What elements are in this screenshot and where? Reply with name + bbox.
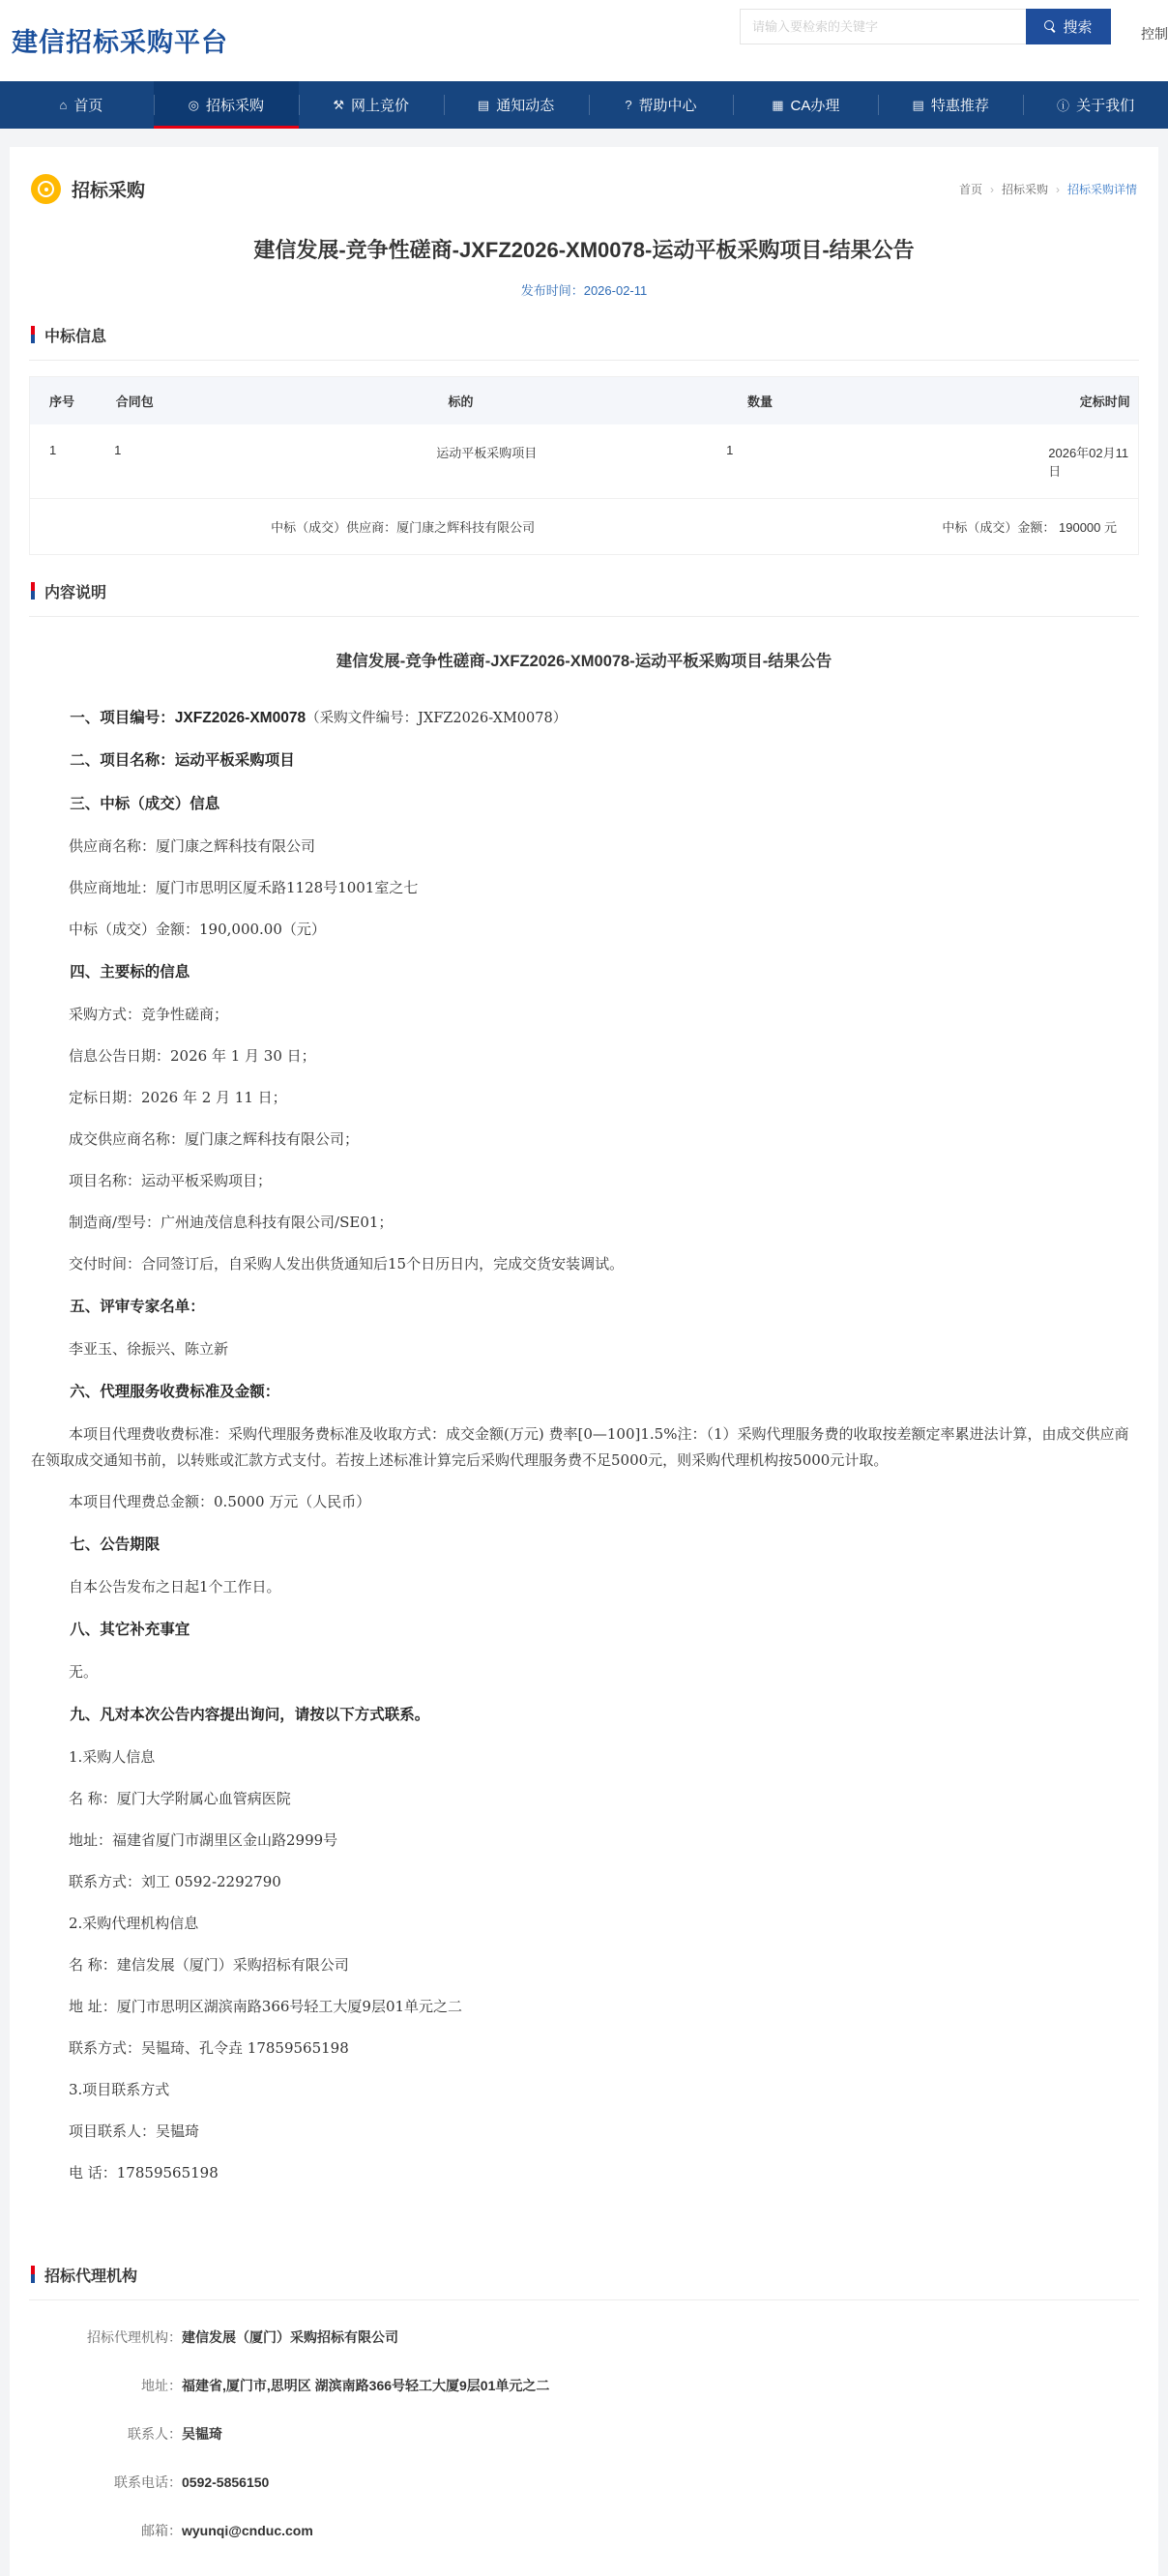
paragraph-text: 2.采购代理机构信息 [69, 1915, 198, 1932]
article-paragraph: 交付时间：合同签订后，自采购人发出供货通知后15个日历日内，完成交货安装调试。 [31, 1251, 1137, 1277]
article-paragraph: 制造商/型号：广州迪茂信息科技有限公司/SE01； [31, 1210, 1137, 1236]
paragraph-text: 地址：福建省厦门市湖里区金山路2999号 [69, 1831, 337, 1849]
paragraph-text: 中标（成交）金额：190,000.00（元） [69, 921, 326, 938]
award-info-section: 中标信息 序号合同包标的数量定标时间 11运动平板采购项目12026年02月11… [29, 324, 1139, 555]
article-paragraph: 七、公告期限 [31, 1531, 1137, 1559]
paragraph-text: 项目名称：运动平板采购项目； [69, 1172, 272, 1189]
award-table-cell: 1 [30, 424, 95, 498]
search-icon [1044, 20, 1057, 33]
paragraph-bold-text: 八、其它补充事宜 [70, 1622, 190, 1638]
agency-field: 联系电话： 0592-5856150 [29, 2473, 1139, 2493]
paragraph-bold-text: 九、凡对本次公告内容提出询问，请按以下方式联系。 [70, 1707, 429, 1723]
paragraph-text: 名 称：建信发展（厦门）采购招标有限公司 [69, 1956, 349, 1974]
agency-section-title: 招标代理机构 [44, 2264, 137, 2286]
agency-field-label: 联系电话： [29, 2473, 182, 2493]
nav-item-label: 首页 [73, 95, 102, 115]
award-section-title: 中标信息 [44, 324, 106, 346]
agency-field: 地址： 福建省,厦门市,思明区 湖滨南路366号轻工大厦9层01单元之二 [29, 2376, 1139, 2396]
agency-field: 招标代理机构： 建信发展（厦门）采购招标有限公司 [29, 2327, 1139, 2348]
paragraph-text: 项目联系人：吴韫琦 [69, 2122, 199, 2140]
nav-item-label: CA办理 [791, 95, 840, 115]
nav-item-icon: ▤ [913, 98, 924, 113]
paragraph-text: 定标日期：2026 年 2 月 11 日； [69, 1089, 287, 1106]
top-header: 建信招标采购平台 搜索 控制台 [0, 0, 1168, 81]
award-supplier: 中标（成交）供应商：厦门康之辉科技有限公司 [51, 517, 754, 536]
paragraph-bold-text: 六、代理服务收费标准及金额： [70, 1384, 279, 1400]
agency-field-value: 吴韫琦 [182, 2424, 222, 2444]
paragraph-text: 本项目代理费收费标准：采购代理服务费标准及收取方式：成交金额(万元) 费率[0—… [31, 1425, 1129, 1469]
nav-item-icon: ⓘ [1057, 96, 1069, 114]
article-paragraph: 地 址：厦门市思明区湖滨南路366号轻工大厦9层01单元之二 [31, 1994, 1137, 2020]
search-button[interactable]: 搜索 [1026, 9, 1111, 44]
announcement-title: 建信发展-竞争性磋商-JXFZ2026-XM0078-运动平板采购项目-结果公告 [87, 235, 1081, 266]
article-paragraph: 本项目代理费收费标准：采购代理服务费标准及收取方式：成交金额(万元) 费率[0—… [31, 1421, 1137, 1474]
nav-item-deals[interactable]: ▤ 特惠推荐 [878, 81, 1023, 129]
article-paragraph: 项目名称：运动平板采购项目； [31, 1168, 1137, 1194]
award-table-cell: 1 [707, 424, 1029, 498]
nav-item-icon: ? [625, 98, 631, 112]
article-paragraph: 定标日期：2026 年 2 月 11 日； [31, 1085, 1137, 1111]
content-section-header: 内容说明 [29, 580, 1139, 602]
award-table-header-cell: 合同包 [97, 377, 429, 424]
article-paragraph: 信息公告日期：2026 年 1 月 30 日； [31, 1043, 1137, 1069]
article-paragraph: 联系方式：刘工 0592-2292790 [31, 1869, 1137, 1895]
agency-field-label: 招标代理机构： [29, 2327, 182, 2348]
search-input[interactable] [740, 9, 1026, 44]
article-paragraph: 建信发展-竞争性磋商-JXFZ2026-XM0078-运动平板采购项目-结果公告 [29, 648, 1139, 677]
paragraph-text: 3.项目联系方式 [69, 2081, 169, 2098]
paragraph-text: 联系方式：吴韫琦、孔令垚 17859565198 [69, 2039, 349, 2057]
nav-item-ca-service[interactable]: ▦ CA办理 [733, 81, 878, 129]
console-link[interactable]: 控制台 [1141, 24, 1168, 44]
paragraph-text: 电 话：17859565198 [69, 2164, 219, 2181]
nav-item-label: 招标采购 [206, 95, 264, 115]
award-table-cell: 2026年02月11日 [1029, 424, 1138, 498]
nav-item-notices[interactable]: ▤ 通知动态 [444, 81, 589, 129]
paragraph-text: 联系方式：刘工 0592-2292790 [69, 1873, 281, 1890]
nav-item-icon: ⌂ [60, 98, 68, 112]
article-paragraph: 四、主要标的信息 [31, 958, 1137, 986]
article-paragraph: 二、项目名称：运动平板采购项目 [31, 746, 1137, 775]
nav-item-icon: ◎ [189, 98, 199, 113]
announcement-article: 建信发展-竞争性磋商-JXFZ2026-XM0078-运动平板采购项目-结果公告… [29, 617, 1139, 2186]
agency-fields: 招标代理机构： 建信发展（厦门）采购招标有限公司 地址： 福建省,厦门市,思明区… [29, 2327, 1139, 2541]
module-title-group: 招标采购 [31, 174, 145, 204]
article-paragraph: 无。 [31, 1659, 1137, 1685]
paragraph-bold-text: 建信发展-竞争性磋商-JXFZ2026-XM0078-运动平板采购项目-结果公告 [336, 653, 832, 670]
nav-item-label: 网上竞价 [351, 95, 409, 115]
nav-item-bidding[interactable]: ◎ 招标采购 [154, 81, 299, 129]
nav-item-label: 通知动态 [496, 95, 554, 115]
paragraph-text: 采购方式：竞争性磋商； [69, 1006, 228, 1023]
award-table-cell: 运动平板采购项目 [417, 424, 707, 498]
agency-field-value: 建信发展（厦门）采购招标有限公司 [182, 2327, 398, 2348]
article-paragraph: 九、凡对本次公告内容提出询问，请按以下方式联系。 [31, 1701, 1137, 1729]
paragraph-bold-text: 四、主要标的信息 [70, 964, 190, 981]
paragraph-bold-text: 五、评审专家名单： [70, 1299, 205, 1315]
section-bar-icon [31, 326, 35, 343]
paragraph-text: 名 称：厦门大学附属心血管病医院 [69, 1790, 291, 1807]
section-divider [29, 360, 1139, 361]
award-table-header-cell: 标的 [429, 377, 728, 424]
article-paragraph: 三、中标（成交）信息 [31, 790, 1137, 818]
paragraph-text: 交付时间：合同签订后，自采购人发出供货通知后15个日历日内，完成交货安装调试。 [69, 1255, 624, 1273]
breadcrumb-home[interactable]: 首页 [959, 181, 982, 197]
search-bar: 搜索 [740, 9, 1111, 44]
award-table-header-cell: 序号 [30, 377, 97, 424]
agency-section: 招标代理机构 招标代理机构： 建信发展（厦门）采购招标有限公司 地址： 福建省,… [29, 2264, 1139, 2541]
award-table-header-cell: 数量 [728, 377, 1061, 424]
content-section: 内容说明 建信发展-竞争性磋商-JXFZ2026-XM0078-运动平板采购项目… [29, 580, 1139, 2186]
search-button-label: 搜索 [1063, 16, 1092, 37]
article-paragraph: 中标（成交）金额：190,000.00（元） [31, 917, 1137, 943]
paragraph-text: 供应商名称：厦门康之辉科技有限公司 [69, 837, 315, 855]
award-table: 序号合同包标的数量定标时间 11运动平板采购项目12026年02月11日 中标（… [29, 376, 1139, 555]
article-paragraph: 本项目代理费总金额：0.5000 万元（人民币） [31, 1489, 1137, 1515]
article-paragraph: 八、其它补充事宜 [31, 1616, 1137, 1644]
nav-item-home[interactable]: ⌂ 首页 [9, 81, 154, 129]
article-paragraph: 地址：福建省厦门市湖里区金山路2999号 [31, 1828, 1137, 1854]
nav-item-label: 帮助中心 [639, 95, 697, 115]
article-paragraph: 3.项目联系方式 [31, 2077, 1137, 2103]
paragraph-bold-text: 一、项目编号：JXFZ2026-XM0078 [70, 710, 306, 726]
nav-item-online-bidding[interactable]: ⚒ 网上竞价 [299, 81, 444, 129]
article-paragraph: 1.采购人信息 [31, 1744, 1137, 1771]
content-section-title: 内容说明 [44, 580, 106, 602]
paragraph-text: 本项目代理费总金额：0.5000 万元（人民币） [69, 1493, 370, 1510]
agency-field: 邮箱： wyunqi@cnduc.com [29, 2521, 1139, 2541]
bidding-target-icon [31, 174, 61, 204]
page-head: 招标采购 首页 › 招标采购 › 招标采购详情 [29, 172, 1139, 208]
agency-field-label: 联系人： [29, 2424, 182, 2444]
module-title: 招标采购 [72, 176, 145, 202]
breadcrumb-section[interactable]: 招标采购 [1002, 181, 1048, 197]
section-bar-icon [31, 582, 35, 600]
paragraph-text: 成交供应商名称：厦门康之辉科技有限公司； [69, 1130, 359, 1148]
section-divider [29, 2299, 1139, 2300]
nav-item-label: 特惠推荐 [931, 95, 989, 115]
nav-item-icon: ⚒ [333, 98, 344, 113]
agency-field-value: wyunqi@cnduc.com [182, 2521, 313, 2541]
article-paragraph: 2.采购代理机构信息 [31, 1911, 1137, 1937]
award-table-header-cell: 定标时间 [1061, 377, 1130, 424]
award-table-header-row: 序号合同包标的数量定标时间 [30, 377, 1138, 424]
article-paragraph: 联系方式：吴韫琦、孔令垚 17859565198 [31, 2035, 1137, 2062]
nav-item-icon: ▦ [772, 98, 783, 113]
paragraph-bold-text: 三、中标（成交）信息 [70, 796, 219, 812]
award-table-cell: 1 [95, 424, 417, 498]
agency-field-value: 0592-5856150 [182, 2473, 269, 2493]
site-logo: 建信招标采购平台 [12, 21, 228, 59]
agency-field: 联系人： 吴韫琦 [29, 2424, 1139, 2444]
agency-field-value: 福建省,厦门市,思明区 湖滨南路366号轻工大厦9层01单元之二 [182, 2376, 549, 2396]
article-paragraph: 自本公告发布之日起1个工作日。 [31, 1574, 1137, 1600]
paragraph-text: 1.采购人信息 [69, 1748, 155, 1766]
article-paragraph: 名 称：建信发展（厦门）采购招标有限公司 [31, 1952, 1137, 1978]
article-paragraph: 一、项目编号：JXFZ2026-XM0078（采购文件编号：JXFZ2026-X… [31, 704, 1137, 732]
publish-time: 发布时间：2026-02-11 [29, 280, 1139, 299]
award-table-row: 11运动平板采购项目12026年02月11日 [30, 424, 1138, 498]
article-paragraph: 名 称：厦门大学附属心血管病医院 [31, 1786, 1137, 1812]
article-paragraph: 李亚玉、徐振兴、陈立新 [31, 1336, 1137, 1362]
article-paragraph: 六、代理服务收费标准及金额： [31, 1378, 1137, 1406]
section-bar-icon [31, 2266, 35, 2283]
article-paragraph: 供应商地址：厦门市思明区厦禾路1128号1001室之七 [31, 875, 1137, 901]
breadcrumb-current: 招标采购详情 [1067, 181, 1137, 197]
nav-item-label: 关于我们 [1076, 95, 1134, 115]
breadcrumb: 首页 › 招标采购 › 招标采购详情 [959, 181, 1137, 197]
paragraph-text: 无。 [69, 1663, 98, 1681]
article-paragraph: 成交供应商名称：厦门康之辉科技有限公司； [31, 1127, 1137, 1153]
article-paragraph: 供应商名称：厦门康之辉科技有限公司 [31, 834, 1137, 860]
paragraph-text: 制造商/型号：广州迪茂信息科技有限公司/SE01； [69, 1214, 393, 1231]
article-paragraph: 采购方式：竞争性磋商； [31, 1002, 1137, 1028]
paragraph-text: 地 址：厦门市思明区湖滨南路366号轻工大厦9层01单元之二 [69, 1998, 462, 2015]
content-card: 招标采购 首页 › 招标采购 › 招标采购详情 建信发展-竞争性磋商-JXFZ2… [10, 147, 1158, 2576]
breadcrumb-separator: › [1056, 183, 1060, 196]
paragraph-bold-text: 七、公告期限 [70, 1537, 160, 1553]
article-paragraph: 电 话：17859565198 [31, 2160, 1137, 2186]
breadcrumb-separator: › [990, 183, 994, 196]
article-paragraph: 项目联系人：吴韫琦 [31, 2119, 1137, 2145]
paragraph-text: 李亚玉、徐振兴、陈立新 [69, 1340, 228, 1358]
article-paragraph: 五、评审专家名单： [31, 1293, 1137, 1321]
agency-field-label: 地址： [29, 2376, 182, 2396]
paragraph-bold-text: 二、项目名称：运动平板采购项目 [70, 752, 295, 769]
paragraph-text: 供应商地址：厦门市思明区厦禾路1128号1001室之七 [69, 879, 418, 896]
paragraph-text: 自本公告发布之日起1个工作日。 [69, 1578, 281, 1595]
main-nav: ⌂ 首页 ◎ 招标采购 ⚒ 网上竞价 ▤ 通知动态 ? 帮助中心 ▦ CA办理 … [0, 81, 1168, 129]
award-section-header: 中标信息 [29, 324, 1139, 346]
agency-field-label: 邮箱： [29, 2521, 182, 2541]
nav-item-help-center[interactable]: ? 帮助中心 [589, 81, 734, 129]
paragraph-text: （采购文件编号：JXFZ2026-XM0078） [306, 711, 567, 726]
agency-section-header: 招标代理机构 [29, 2264, 1139, 2286]
nav-item-about-us[interactable]: ⓘ 关于我们 [1023, 81, 1168, 129]
award-amount: 中标（成交）金额： 190000 元 [754, 517, 1117, 536]
award-summary-row: 中标（成交）供应商：厦门康之辉科技有限公司 中标（成交）金额： 190000 元 [30, 498, 1138, 554]
paragraph-text: 信息公告日期：2026 年 1 月 30 日； [69, 1047, 316, 1065]
nav-item-icon: ▤ [478, 98, 489, 113]
